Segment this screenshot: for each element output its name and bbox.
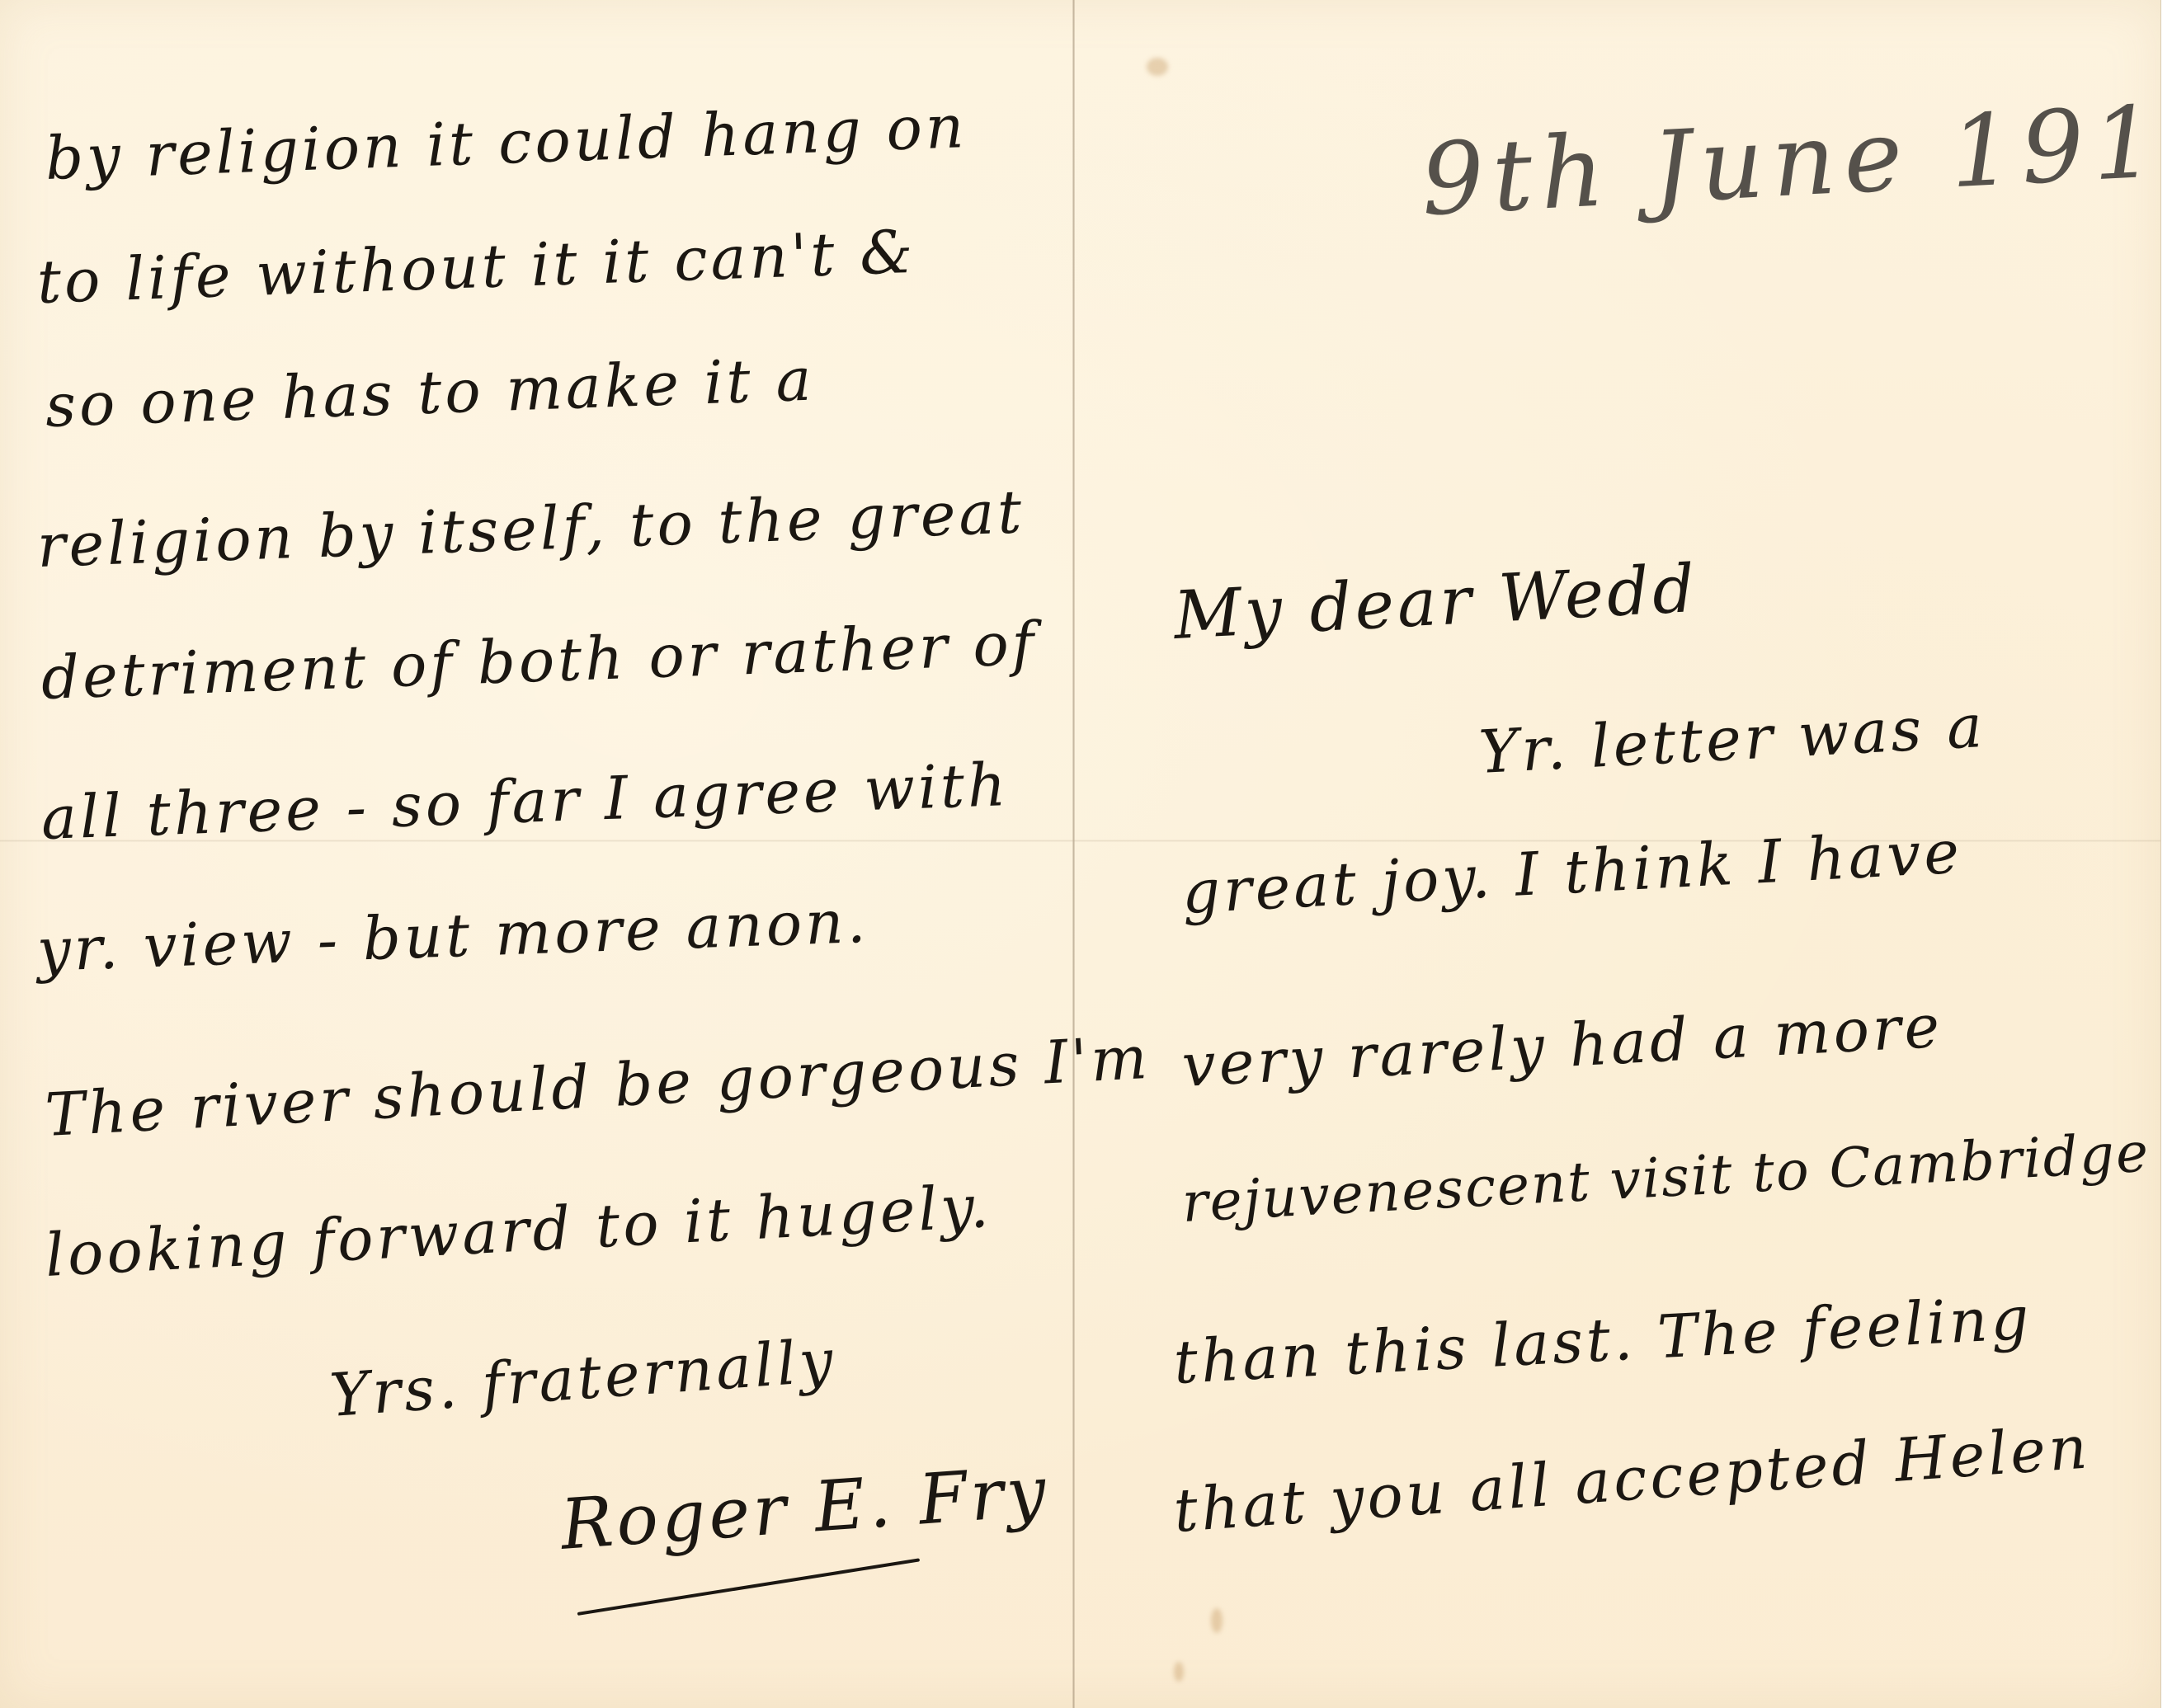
letter-line: very rarely had a more — [1180, 991, 1944, 1100]
letter-line: rejuvenescent visit to Cambridge — [1180, 1121, 2151, 1235]
letter-line: religion by itself, to the great — [36, 477, 1026, 581]
right-page: 9th June 1911 My dear Wedd Yr. letter wa… — [1075, 0, 2161, 1708]
letter-line: detriment of both or rather of — [40, 609, 1039, 713]
letter-line: The river should be gorgeous I'm — [44, 1023, 1152, 1150]
letter-line: Yr. letter was a — [1477, 691, 1987, 787]
letter-line: yr. view - but more anon. — [36, 887, 870, 985]
letter-line: so one has to make it a — [45, 344, 816, 440]
letter-line: all three - so far I agree with — [40, 750, 1011, 853]
letter-line: to life without it it can't & — [36, 217, 917, 317]
letter-date: 9th June 1911 — [1418, 81, 2172, 238]
letter-line: looking forward to it hugely. — [44, 1171, 993, 1290]
left-page: by religion it could hang on to life wit… — [0, 0, 1072, 1708]
scan-background-edge — [2160, 0, 2172, 1708]
signature-underline — [577, 1558, 920, 1616]
letter-closing: Yrs. fraternally — [327, 1325, 838, 1430]
salutation: My dear Wedd — [1172, 550, 1700, 654]
letter-sheet: by religion it could hang on to life wit… — [0, 0, 2161, 1708]
letter-line: than this last. The feeling — [1172, 1283, 2034, 1397]
letter-line: that you all accepted Helen — [1171, 1412, 2093, 1545]
letter-line: by religion it could hang on — [45, 92, 968, 193]
signature: Roger E. Fry — [558, 1451, 1052, 1565]
letter-line: great joy. I think I have — [1180, 817, 1964, 927]
